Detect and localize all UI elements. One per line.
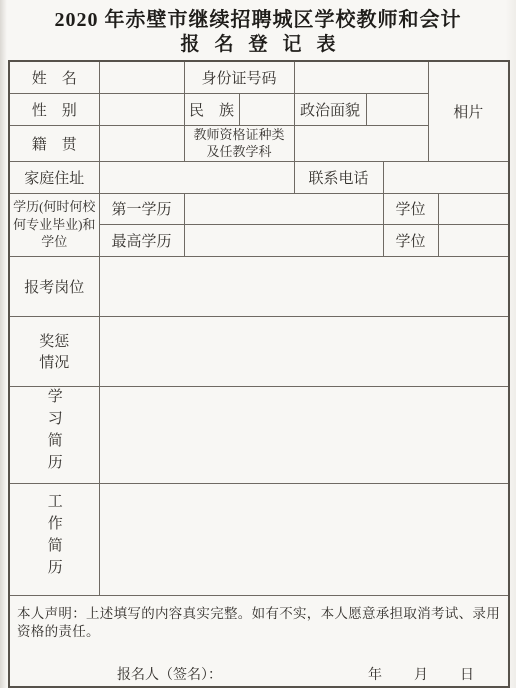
phone-value-cell[interactable] <box>383 161 509 193</box>
row-study-history: 学习简历 <box>9 386 509 483</box>
declaration-text: 本人声明：上述填写的内容真实完整。如有不实，本人愿意承担取消考试、录用资格的责任… <box>17 605 500 643</box>
study-history-value-cell[interactable] <box>99 386 509 483</box>
month-label: 月 <box>414 664 428 684</box>
teacher-cert-value-cell[interactable] <box>294 125 428 161</box>
study-history-label: 学习简历 <box>9 386 99 483</box>
phone-label: 联系电话 <box>294 161 383 193</box>
teacher-cert-label: 教师资格证种类 及任教学科 <box>184 125 294 161</box>
first-degree-value-cell[interactable] <box>184 193 383 224</box>
work-history-label-text: 工作简历 <box>44 493 65 581</box>
home-address-value-cell[interactable] <box>99 161 294 193</box>
rewards-value-cell[interactable] <box>99 316 509 386</box>
political-status-value-cell[interactable] <box>366 93 428 125</box>
first-degree-degree-label: 学位 <box>383 193 438 224</box>
row-rewards: 奖惩 情况 <box>9 316 509 386</box>
registration-form-table: 姓 名 身份证号码 相片 性 别 民 族 政治面貌 籍 贯 教师资格证种类 及任… <box>8 60 510 688</box>
ethnicity-label: 民 族 <box>184 93 239 125</box>
political-status-label: 政治面貌 <box>294 93 366 125</box>
name-value-cell[interactable] <box>99 61 184 93</box>
gender-value-cell[interactable] <box>99 93 184 125</box>
form-subtitle: 报名登记表 <box>0 34 516 56</box>
study-history-label-text: 学习简历 <box>44 388 65 476</box>
row-first-degree: 学历(何时何校 何专业毕业)和 学位 第一学历 学位 <box>9 193 509 224</box>
native-place-label: 籍 贯 <box>9 125 99 161</box>
row-home-address: 家庭住址 联系电话 <box>9 161 509 193</box>
name-label: 姓 名 <box>9 61 99 93</box>
year-label: 年 <box>368 664 382 684</box>
id-number-label: 身份证号码 <box>184 61 294 93</box>
day-label: 日 <box>460 664 474 684</box>
home-address-label: 家庭住址 <box>9 161 99 193</box>
ethnicity-value-cell[interactable] <box>239 93 294 125</box>
position-value-cell[interactable] <box>99 256 509 316</box>
work-history-label: 工作简历 <box>9 483 99 595</box>
row-position: 报考岗位 <box>9 256 509 316</box>
first-degree-degree-value-cell[interactable] <box>438 193 509 224</box>
highest-degree-degree-value-cell[interactable] <box>438 224 509 256</box>
row-name: 姓 名 身份证号码 相片 <box>9 61 509 93</box>
education-label: 学历(何时何校 何专业毕业)和 学位 <box>9 193 99 256</box>
row-declaration: 本人声明：上述填写的内容真实完整。如有不实，本人愿意承担取消考试、录用资格的责任… <box>9 595 509 687</box>
id-number-value-cell[interactable] <box>294 61 428 93</box>
highest-degree-value-cell[interactable] <box>184 224 383 256</box>
position-label: 报考岗位 <box>9 256 99 316</box>
native-place-value-cell[interactable] <box>99 125 184 161</box>
date-labels: 年 月 日 <box>368 664 474 684</box>
rewards-label: 奖惩 情况 <box>9 316 99 386</box>
declaration-cell: 本人声明：上述填写的内容真实完整。如有不实，本人愿意承担取消考试、录用资格的责任… <box>9 595 509 687</box>
gender-label: 性 别 <box>9 93 99 125</box>
signature-row: 报名人（签名）： 年 月 日 <box>17 664 500 684</box>
form-title: 2020 年赤壁市继续招聘城区学校教师和会计 <box>0 0 516 32</box>
signer-label: 报名人（签名）： <box>117 664 222 684</box>
registration-form-page: 2020 年赤壁市继续招聘城区学校教师和会计 报名登记表 姓 名 身份证号码 相… <box>0 0 516 688</box>
first-degree-label: 第一学历 <box>99 193 184 224</box>
row-work-history: 工作简历 <box>9 483 509 595</box>
work-history-value-cell[interactable] <box>99 483 509 595</box>
highest-degree-label: 最高学历 <box>99 224 184 256</box>
highest-degree-degree-label: 学位 <box>383 224 438 256</box>
photo-cell: 相片 <box>428 61 509 161</box>
